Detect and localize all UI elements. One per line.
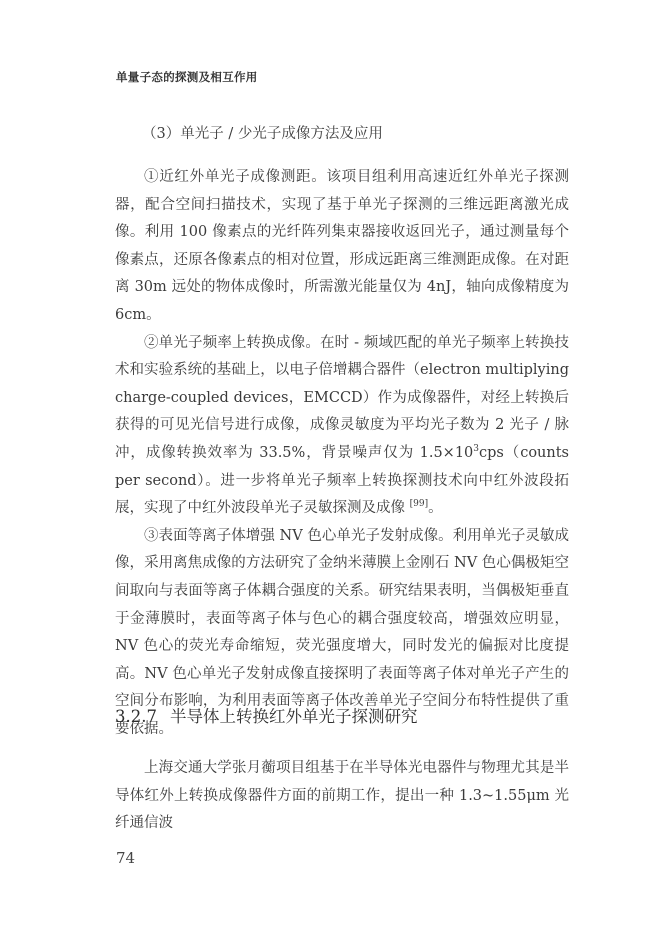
section-heading: 3.2.7半导体上转换红外单光子探测研究 [115,703,418,727]
paragraph-upconversion-imaging: ②单光子频率上转换成像。在时 - 频域匹配的单光子频率上转换技术和实验系统的基础… [115,330,569,523]
paragraph-text: 。 [428,500,443,516]
subsection-heading: （3）单光子 / 少光子成像方法及应用 [142,122,383,143]
paragraph-semiconductor-upconversion: 上海交通大学张月蘅项目组基于在半导体光电器件与物理尤其是半导体红外上转换成像器件… [115,755,569,838]
running-header: 单量子态的探测及相互作用 [116,69,258,85]
paragraph-nir-imaging: ①近红外单光子成像测距。该项目组利用高速近红外单光子探测器，配合空间扫描技术，实… [115,164,569,330]
page-number: 74 [116,849,135,867]
section-number: 3.2.7 [115,707,170,726]
body-text-block: ①近红外单光子成像测距。该项目组利用高速近红外单光子探测器，配合空间扫描技术，实… [115,164,569,743]
paragraph-text: ②单光子频率上转换成像。在时 - 频域匹配的单光子频率上转换技术和实验系统的基础… [115,335,569,461]
citation-ref[interactable]: [99] [410,499,428,509]
body-text-block-2: 上海交通大学张月蘅项目组基于在半导体光电器件与物理尤其是半导体红外上转换成像器件… [115,755,569,838]
section-title: 半导体上转换红外单光子探测研究 [170,707,418,726]
